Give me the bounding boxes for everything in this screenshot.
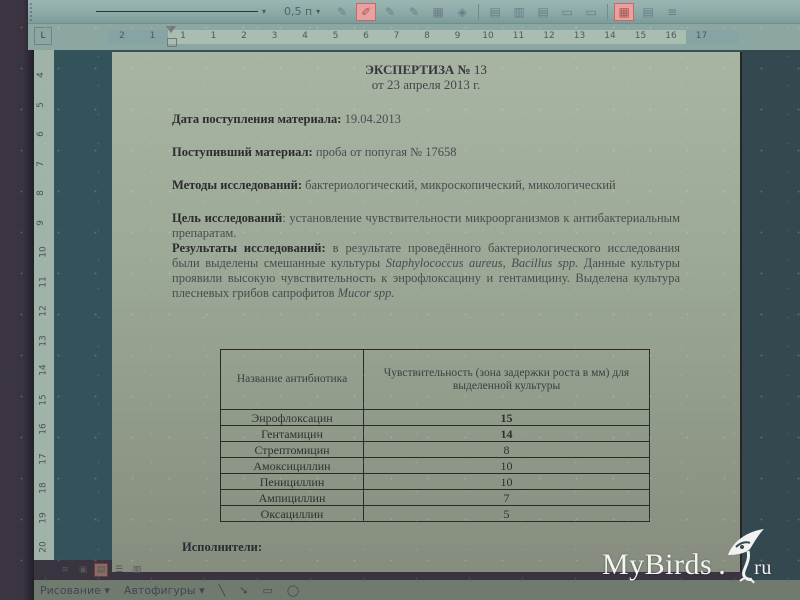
text-direction-icon[interactable]: ≡ [662, 3, 682, 21]
oval-tool-icon[interactable]: ◯ [287, 584, 299, 597]
table-row: Амоксициллин10 [221, 458, 650, 474]
line-weight-dropdown-icon[interactable]: ▾ [312, 7, 324, 16]
ruler-tick: 20 [39, 541, 49, 552]
ruler-tick: 10 [482, 31, 493, 41]
material-paragraph: Поступивший материал: проба от попугая №… [172, 145, 680, 160]
toolbar-grip[interactable] [30, 3, 36, 21]
results-organisms-2: Mucor spp. [338, 286, 395, 300]
ruler-tick: 15 [39, 394, 49, 405]
ruler-tick: 8 [424, 31, 430, 41]
toolbar-separator [607, 4, 608, 20]
border-style-icon[interactable]: ✎ [404, 3, 424, 21]
ruler-tick: 2 [119, 31, 125, 41]
ruler-tick: 16 [665, 31, 676, 41]
table-autoformat-icon[interactable]: ▦ [614, 3, 634, 21]
table-header-row: Название антибиотика Чувствительность (з… [221, 350, 650, 410]
sensitivity-value-cell: 7 [364, 490, 650, 506]
antibiotic-name-cell: Энрофлоксацин [221, 410, 364, 426]
arrow-tool-icon[interactable]: ➘ [239, 584, 248, 597]
left-margin-area [108, 30, 168, 44]
table-row: Гентамицин14 [221, 426, 650, 442]
receipt-date-paragraph: Дата поступления материала: 19.04.2013 [172, 112, 680, 127]
receipt-date-value: 19.04.2013 [341, 112, 400, 126]
executors-label: Исполнители: [182, 540, 262, 555]
ruler-tick: 3 [272, 31, 278, 41]
line-color-icon[interactable]: ✎ [332, 3, 352, 21]
title-number: 13 [471, 62, 487, 77]
results-label: Результаты исследований: [172, 241, 326, 255]
document-body: ЭКСПЕРТИЗА № 13 от 23 апреля 2013 г. Дат… [172, 62, 680, 301]
merge-cells-icon[interactable]: ▥ [509, 3, 529, 21]
ruler-tick: 14 [604, 31, 615, 41]
indent-marker[interactable] [166, 24, 176, 48]
ruler-tick: 1 [211, 31, 217, 41]
material-label: Поступивший материал: [172, 145, 313, 159]
align-icon[interactable]: ▭ [557, 3, 577, 21]
line-style-dropdown-icon[interactable]: ▾ [258, 7, 270, 16]
table-row: Стрептомицин8 [221, 442, 650, 458]
table-row: Энрофлоксацин15 [221, 410, 650, 426]
draw-table-icon[interactable]: ✐ [356, 3, 376, 21]
ruler-tick: 7 [394, 31, 400, 41]
ruler-tick: 12 [543, 31, 554, 41]
ruler-tick: 1 [150, 31, 156, 41]
ruler-tick: 18 [39, 482, 49, 493]
ruler-tick: 9 [36, 220, 46, 226]
antibiotic-name-cell: Амоксициллин [221, 458, 364, 474]
ruler-tick: 5 [333, 31, 339, 41]
ruler-tick: 14 [39, 364, 49, 375]
ruler-tick: 11 [39, 276, 49, 287]
ruler-tick: 10 [39, 246, 49, 257]
autoshapes-menu-button[interactable]: Автофигуры ▾ [124, 584, 205, 597]
shading-color-icon[interactable]: ◈ [452, 3, 472, 21]
table-row: Оксациллин5 [221, 506, 650, 522]
gridlines-icon[interactable]: ▤ [638, 3, 658, 21]
sensitivity-value-cell: 5 [364, 506, 650, 522]
results-paragraph: Результаты исследований: в результате пр… [172, 241, 680, 301]
ruler-tick: 4 [302, 31, 308, 41]
antibiotic-name-cell: Стрептомицин [221, 442, 364, 458]
antibiotic-name-cell: Пенициллин [221, 474, 364, 490]
borders-icon[interactable]: ▦ [428, 3, 448, 21]
right-margin-area [686, 30, 738, 44]
ruler-tick: 8 [36, 190, 46, 196]
insert-table-icon[interactable]: ▤ [485, 3, 505, 21]
ruler-tick: 5 [36, 102, 46, 108]
receipt-date-label: Дата поступления материала: [172, 112, 341, 126]
antibiotic-name-cell: Оксациллин [221, 506, 364, 522]
material-value: проба от попугая № 17658 [313, 145, 457, 159]
header-sensitivity: Чувствительность (зона задержки роста в … [364, 350, 650, 410]
line-tool-icon[interactable]: ╲ [219, 584, 226, 597]
sensitivity-value-cell: 10 [364, 458, 650, 474]
sensitivity-value-cell: 10 [364, 474, 650, 490]
methods-paragraph: Методы исследований: бактериологический,… [172, 178, 680, 193]
toolbar-separator [478, 4, 479, 20]
sensitivity-value-cell: 8 [364, 442, 650, 458]
sensitivity-value-cell: 15 [364, 410, 650, 426]
sensitivity-value-cell: 14 [364, 426, 650, 442]
ruler-scale: 2111234567891011121314151617 [108, 30, 738, 44]
ruler-tick: 1 [180, 31, 186, 41]
drawing-toolbar: Рисование ▾ Автофигуры ▾ ╲ ➘ ▭ ◯ [34, 580, 800, 600]
ruler-tick: 13 [574, 31, 585, 41]
ruler-tick: 7 [36, 161, 46, 167]
tables-borders-toolbar: ▾ 0,5 п ▾ ✎✐✎✎▦◈▤▥▤▭▭▦▤≡ [28, 0, 800, 24]
ruler-tick: 9 [455, 31, 461, 41]
goal-paragraph: Цель исследований: установление чувствит… [172, 211, 680, 241]
methods-label: Методы исследований: [172, 178, 302, 192]
ruler-tick: 19 [39, 512, 49, 523]
line-weight-select[interactable]: 0,5 п [284, 5, 312, 18]
table-row: Пенициллин10 [221, 474, 650, 490]
ruler-tick: 16 [39, 423, 49, 434]
view-buttons-bar: ≡▣▤☰▥ [54, 560, 174, 580]
normal-view-icon[interactable]: ≡ [58, 563, 72, 577]
ruler-tick: 12 [39, 305, 49, 316]
ruler-tick: 17 [39, 453, 49, 464]
header-antibiotic-name: Название антибиотика [221, 350, 364, 410]
workspace-right-area [742, 50, 800, 580]
ruler-tick: 6 [363, 31, 369, 41]
outline-view-icon[interactable]: ☰ [112, 563, 126, 577]
antibiotic-name-cell: Ампициллин [221, 490, 364, 506]
draw-menu-button[interactable]: Рисование ▾ [40, 584, 110, 597]
split-cells-icon[interactable]: ▤ [533, 3, 553, 21]
ruler-tick: 6 [36, 131, 46, 137]
goal-label: Цель исследований [172, 211, 282, 225]
ruler-tick: 15 [635, 31, 646, 41]
methods-value: бактериологический, микроскопический, ми… [302, 178, 616, 192]
bird-logo-icon [720, 525, 766, 587]
tab-selector[interactable]: L [34, 27, 52, 45]
document-subtitle: от 23 апреля 2013 г. [172, 77, 680, 92]
ruler-tick: 2 [241, 31, 247, 41]
document-title: ЭКСПЕРТИЗА № 13 [172, 62, 680, 77]
print-layout-icon[interactable]: ▤ [94, 563, 108, 577]
horizontal-ruler[interactable]: L 2111234567891011121314151617 [28, 24, 800, 50]
distribute-rows-icon[interactable]: ▭ [581, 3, 601, 21]
ruler-tick: 11 [513, 31, 524, 41]
screen-bezel [0, 0, 34, 600]
line-style-select[interactable] [58, 3, 258, 21]
ruler-tick: 13 [39, 335, 49, 346]
ruler-tick: 17 [696, 31, 707, 41]
web-layout-icon[interactable]: ▣ [76, 563, 90, 577]
results-organisms-1: Staphylococcus aureus, Bacillus spp. [386, 256, 579, 270]
antibiotic-name-cell: Гентамицин [221, 426, 364, 442]
table-row: Ампициллин7 [221, 490, 650, 506]
reading-layout-icon[interactable]: ▥ [130, 563, 144, 577]
ruler-tick: 4 [36, 72, 46, 78]
watermark-brand: MyBirds [602, 548, 712, 581]
eraser-icon[interactable]: ✎ [380, 3, 400, 21]
rectangle-tool-icon[interactable]: ▭ [262, 584, 272, 597]
antibiotic-sensitivity-table: Название антибиотика Чувствительность (з… [220, 349, 650, 522]
title-label: ЭКСПЕРТИЗА № [365, 62, 471, 77]
vertical-ruler[interactable]: 4567891011121314151617181920 [34, 50, 54, 560]
